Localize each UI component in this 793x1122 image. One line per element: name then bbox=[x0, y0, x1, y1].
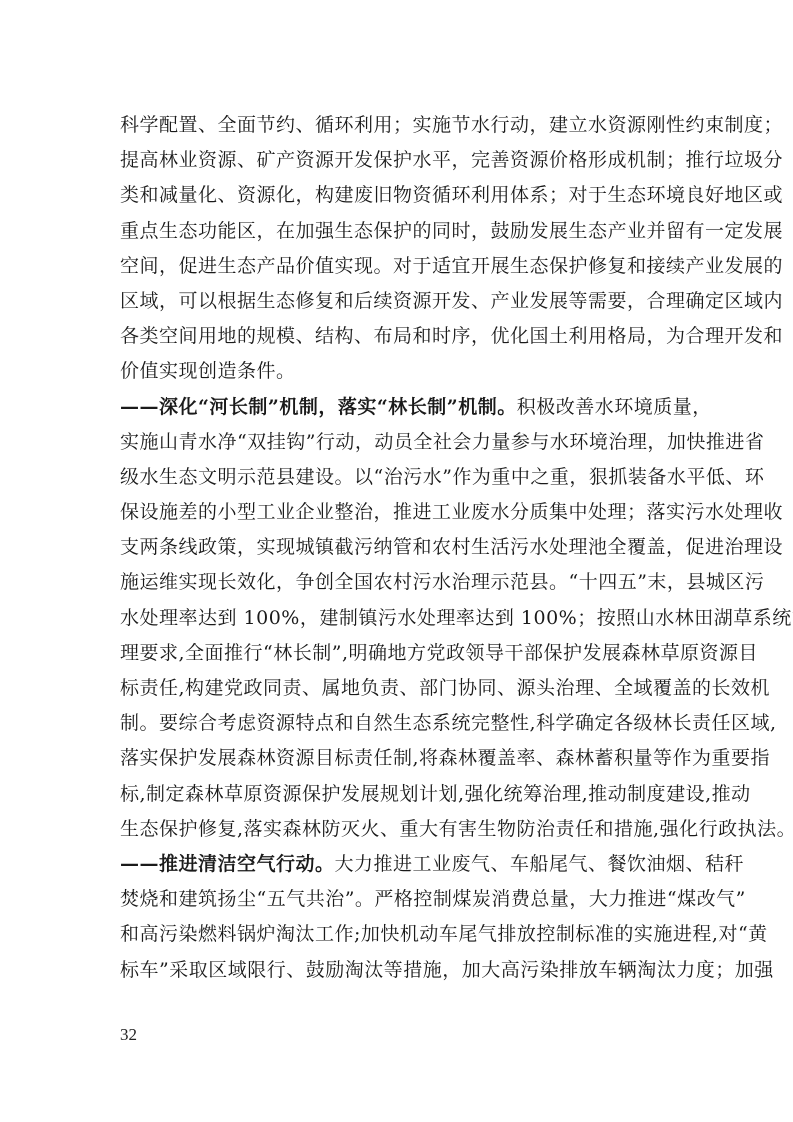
paragraph-river-forest-chief: ——深化“河长制”机制，落实“林长制”机制。积极改善水环境质量， 实施山青水净“… bbox=[120, 390, 700, 847]
text-line: 价值实现创造条件。 bbox=[120, 354, 700, 389]
text-line: 落实保护发展森林资源目标责任制,将森林覆盖率、森林蓄积量等作为重要指 bbox=[120, 741, 700, 776]
text-line: 制。要综合考虑资源特点和自然生态系统完整性,科学确定各级林长责任区域, bbox=[120, 706, 700, 741]
text-line: ——推进清洁空气行动。大力推进工业废气、车船尾气、餐饮油烟、秸秆 bbox=[120, 847, 700, 882]
text-line: 标,制定森林草原资源保护发展规划计划,强化统筹治理,推动制度建设,推动 bbox=[120, 777, 700, 812]
paragraph-clean-air: ——推进清洁空气行动。大力推进工业废气、车船尾气、餐饮油烟、秸秆 焚烧和建筑扬尘… bbox=[120, 847, 700, 988]
text-line: 生态保护修复,落实森林防灭火、重大有害生物防治责任和措施,强化行政执法。 bbox=[120, 812, 700, 847]
text-line: 各类空间用地的规模、结构、布局和时序，优化国土利用格局，为合理开发和 bbox=[120, 319, 700, 354]
text-line: 级水生态文明示范县建设。以“治污水”作为重中之重，狠抓装备水平低、环 bbox=[120, 460, 700, 495]
text-line: 标车”采取区域限行、鼓励淘汰等措施，加大高污染排放车辆淘汰力度；加强 bbox=[120, 953, 700, 988]
text-segment: 积极改善水环境质量， bbox=[517, 396, 712, 418]
section-heading-clean-air: ——推进清洁空气行动。 bbox=[120, 853, 335, 875]
document-page: 科学配置、全面节约、循环利用；实施节水行动，建立水资源刚性约束制度； 提高林业资… bbox=[0, 0, 793, 1122]
text-line: 水处理率达到 100%，建制镇污水处理率达到 100%；按照山水林田湖草系统治 bbox=[120, 601, 700, 636]
text-line: ——深化“河长制”机制，落实“林长制”机制。积极改善水环境质量， bbox=[120, 390, 700, 425]
text-line: 支两条线政策，实现城镇截污纳管和农村生活污水处理池全覆盖，促进治理设 bbox=[120, 530, 700, 565]
text-line: 焚烧和建筑扬尘“五气共治”。严格控制煤炭消费总量，大力推进“煤改气” bbox=[120, 882, 700, 917]
body-text: 科学配置、全面节约、循环利用；实施节水行动，建立水资源刚性约束制度； 提高林业资… bbox=[120, 108, 700, 988]
text-line: 类和减量化、资源化，构建废旧物资循环利用体系；对于生态环境良好地区或 bbox=[120, 178, 700, 213]
text-segment: 大力推进工业废气、车船尾气、餐饮油烟、秸秆 bbox=[335, 853, 745, 875]
text-line: 理要求,全面推行“林长制”,明确地方党政领导干部保护发展森林草原资源目 bbox=[120, 636, 700, 671]
page-number: 32 bbox=[120, 1025, 137, 1045]
text-line: 区域，可以根据生态修复和后续资源开发、产业发展等需要，合理确定区域内 bbox=[120, 284, 700, 319]
text-line: 提高林业资源、矿产资源开发保护水平，完善资源价格形成机制；推行垃圾分 bbox=[120, 143, 700, 178]
text-line: 和高污染燃料锅炉淘汰工作;加快机动车尾气排放控制标准的实施进程,对“黄 bbox=[120, 917, 700, 952]
paragraph-resource-use: 科学配置、全面节约、循环利用；实施节水行动，建立水资源刚性约束制度； 提高林业资… bbox=[120, 108, 700, 390]
text-line: 施运维实现长效化，争创全国农村污水治理示范县。“十四五”末，县城区污 bbox=[120, 565, 700, 600]
text-line: 重点生态功能区，在加强生态保护的同时，鼓励发展生态产业并留有一定发展 bbox=[120, 214, 700, 249]
text-line: 标责任,构建党政同责、属地负责、部门协同、源头治理、全域覆盖的长效机 bbox=[120, 671, 700, 706]
text-line: 保设施差的小型工业企业整治，推进工业废水分质集中处理；落实污水处理收 bbox=[120, 495, 700, 530]
text-line: 空间，促进生态产品价值实现。对于适宜开展生态保护修复和接续产业发展的 bbox=[120, 249, 700, 284]
text-line: 科学配置、全面节约、循环利用；实施节水行动，建立水资源刚性约束制度； bbox=[120, 108, 700, 143]
section-heading-river-forest-chief: ——深化“河长制”机制，落实“林长制”机制。 bbox=[120, 396, 517, 418]
text-line: 实施山青水净“双挂钩”行动，动员全社会力量参与水环境治理，加快推进省 bbox=[120, 425, 700, 460]
